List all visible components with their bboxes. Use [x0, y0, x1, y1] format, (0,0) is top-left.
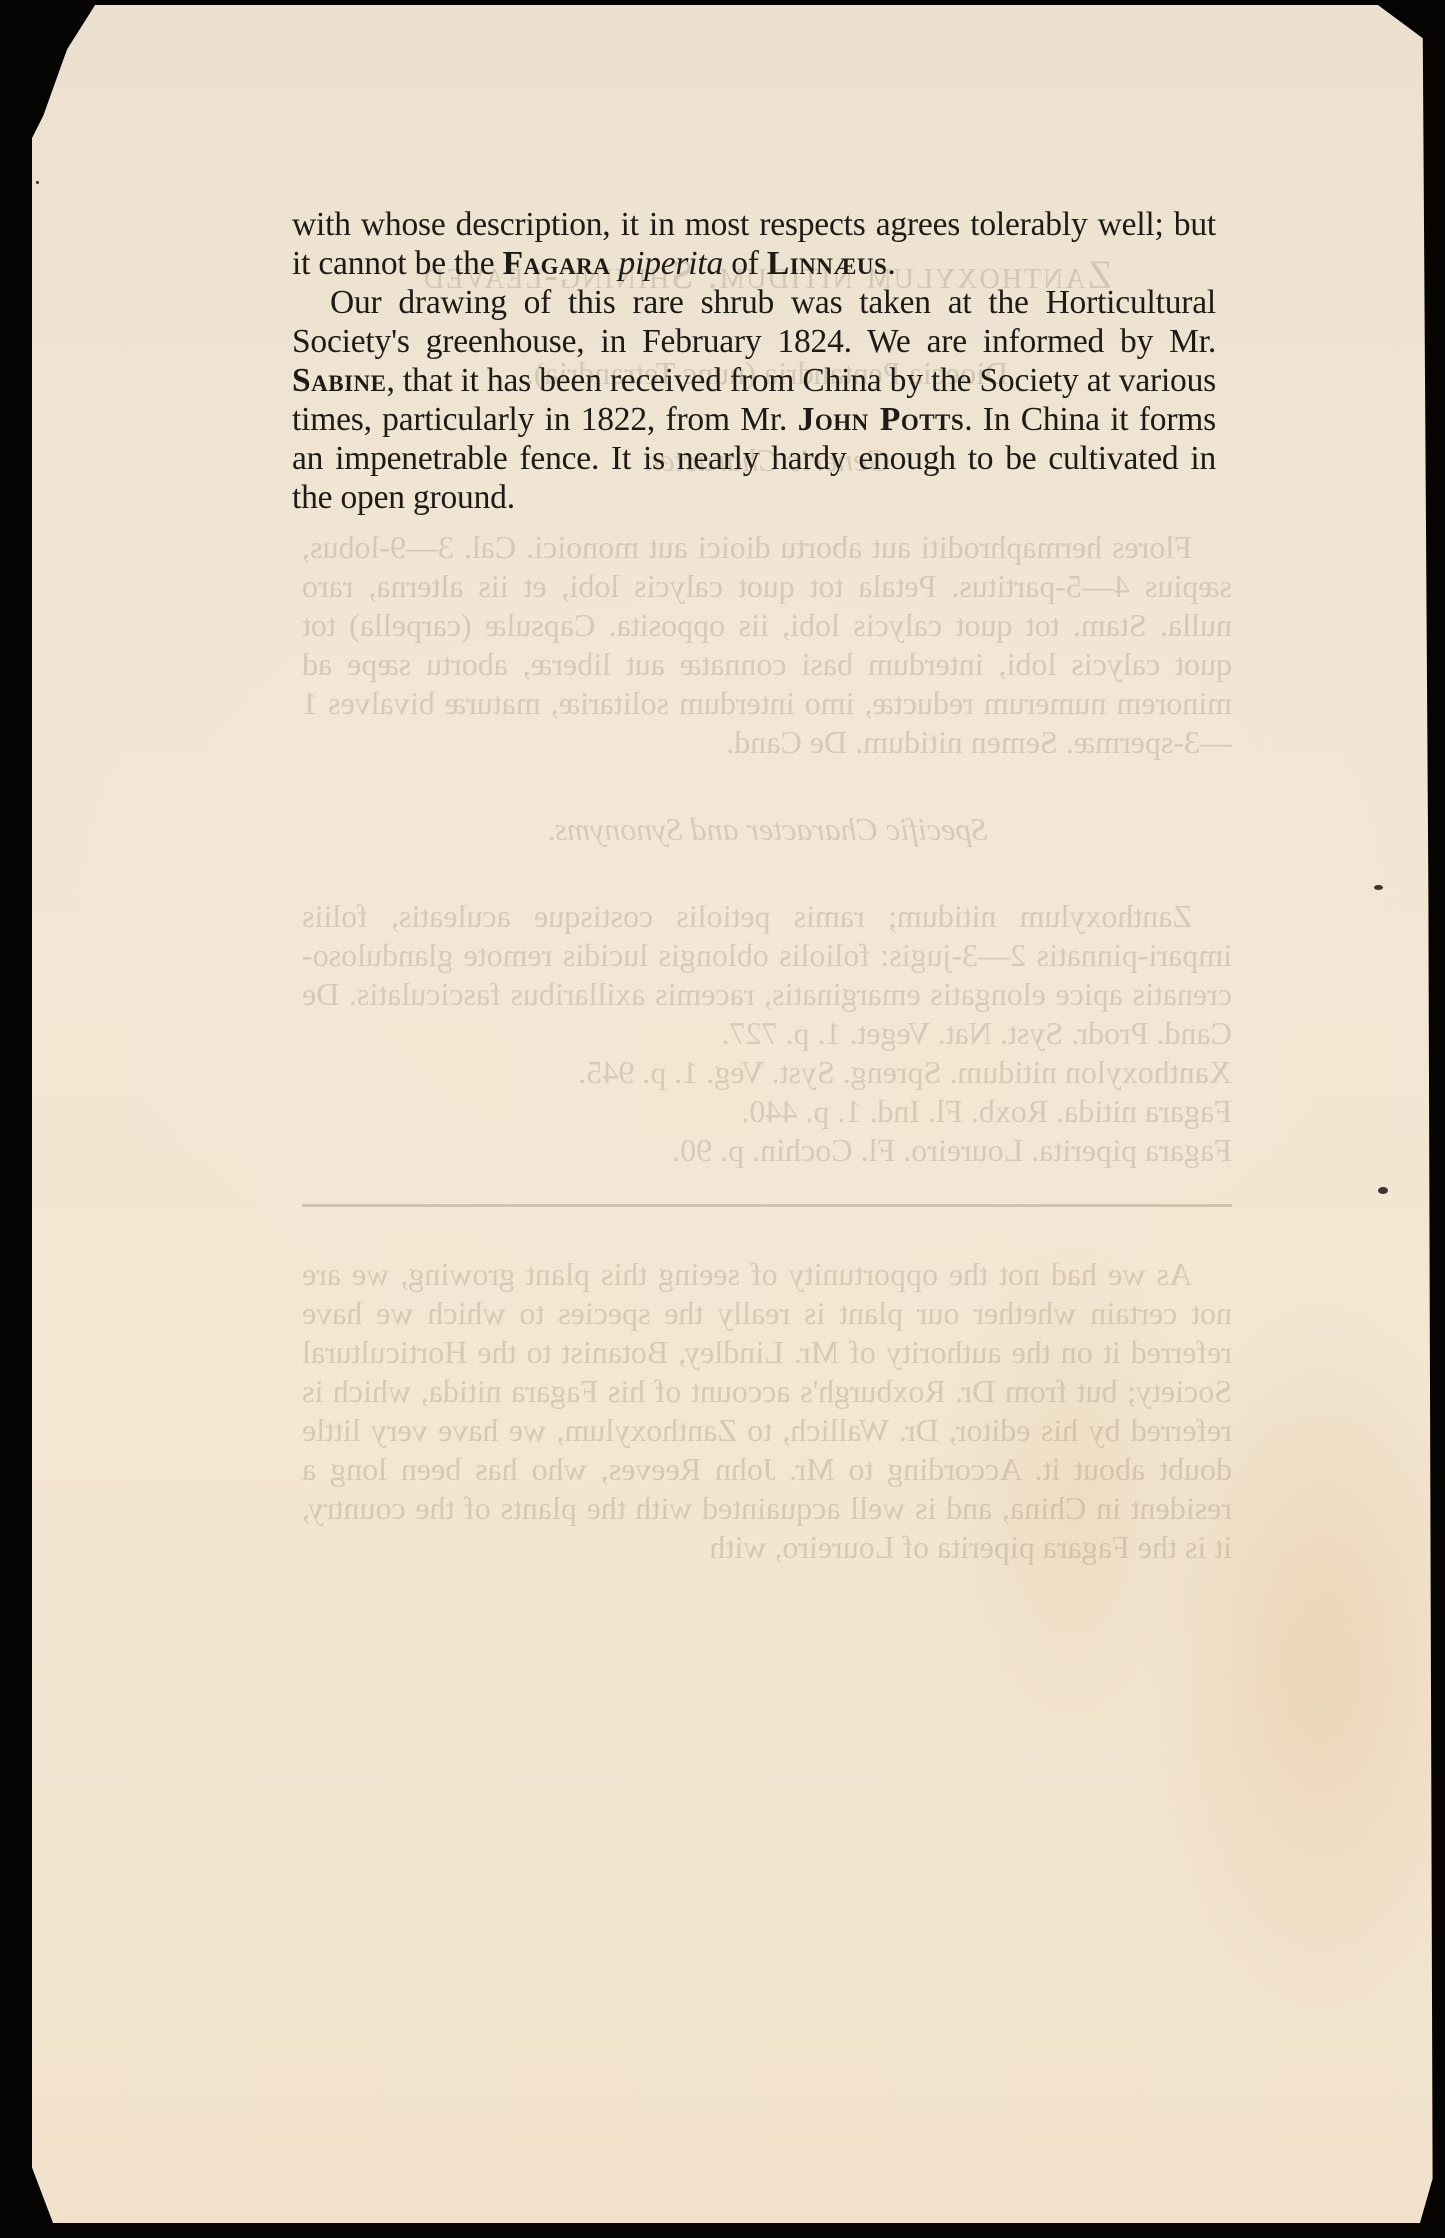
italic-term: piperita	[619, 245, 723, 282]
text-run: Our drawing of this rare shrub was taken…	[292, 284, 1216, 360]
show-through-specific-heading: Specific Character and Synonyms.	[302, 810, 1232, 849]
show-through-synonym: Fagara piperita. Loureiro. Fl. Cochin. p…	[302, 1131, 1232, 1170]
text-run: of	[723, 245, 767, 282]
paper-blemish	[1378, 1187, 1388, 1194]
name-smallcaps: Sabine	[292, 362, 386, 399]
text-run: .	[887, 245, 895, 282]
paragraph: with whose description, it in most respe…	[292, 205, 1216, 283]
name-smallcaps: Fagara	[503, 245, 611, 282]
paper-blemish	[36, 181, 39, 184]
body-text: with whose description, it in most respe…	[292, 205, 1216, 517]
show-through-generic-text: Flores hermaphroditi aut abortu dioici a…	[302, 528, 1232, 762]
show-through-synonym: Fagara nitida. Roxb. Fl. Ind. 1. p. 440.	[302, 1092, 1232, 1131]
show-through-synonym: Xanthoxylon nitidum. Spreng. Syst. Veg. …	[302, 1053, 1232, 1092]
name-smallcaps: Linnæus	[767, 245, 887, 282]
show-through-rule	[302, 1204, 1232, 1207]
text-run	[610, 245, 618, 282]
paragraph: Our drawing of this rare shrub was taken…	[292, 283, 1216, 517]
show-through-synonyms: Xanthoxylon nitidum. Spreng. Syst. Veg. …	[302, 1053, 1232, 1170]
show-through-footnote: As we had not the opportunity of seeing …	[302, 1255, 1232, 1567]
show-through-specific-text: Zanthoxylum nitidum; ramis petiolis cost…	[302, 897, 1232, 1053]
paper-blemish	[1374, 885, 1383, 890]
name-smallcaps: John Potts	[798, 401, 965, 438]
